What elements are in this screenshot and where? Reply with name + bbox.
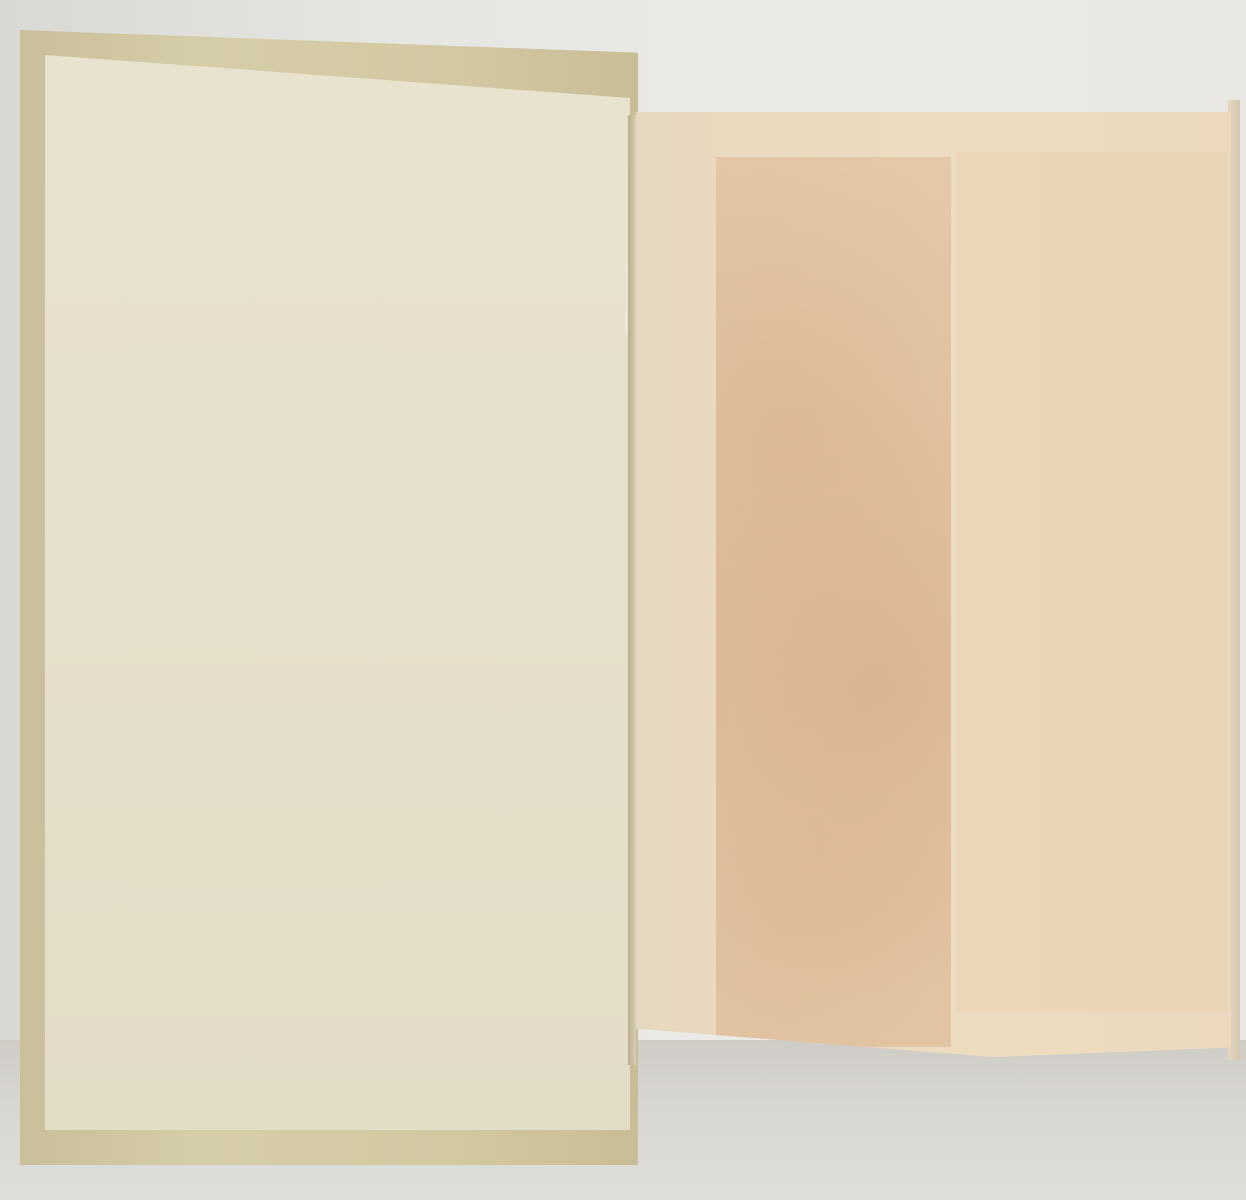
faint-offset-area: [956, 152, 1226, 1012]
photo-scene: [0, 0, 1246, 1200]
foxing-offset-area: [716, 157, 951, 1047]
right-page: [636, 112, 1231, 1057]
left-endpaper: [45, 55, 630, 1130]
book-gutter: [628, 115, 636, 1065]
